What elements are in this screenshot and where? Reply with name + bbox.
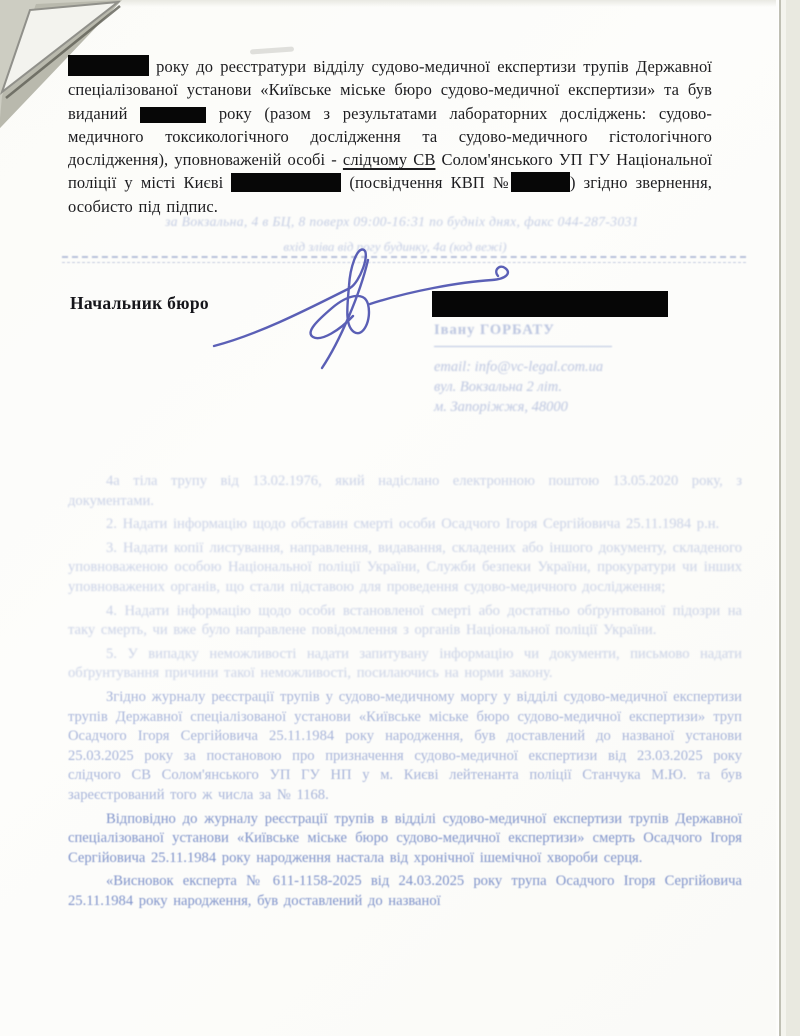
bleedthrough-paragraph: 3. Надати копії листування, направлення,…: [68, 539, 742, 598]
signatory-title-label: Начальник бюро: [70, 293, 209, 314]
pencil-smudge: [250, 46, 294, 54]
bleedthrough-body-text: 4а тіла трупу від 13.02.1976, який надіс…: [68, 472, 742, 915]
bleedthrough-paragraph: Згідно журналу реєстрації трупів у судов…: [68, 688, 742, 806]
bleedthrough-paragraph: 4. Надати інформацію щодо особи встановл…: [68, 602, 742, 641]
bleedthrough-paragraph: 4а тіла трупу від 13.02.1976, який надіс…: [68, 472, 742, 511]
bleedthrough-street: вул. Вокзальна 2 літ.: [434, 377, 684, 397]
bleedthrough-address-block: Івану ГОРБАТУ email: info@vc-legal.com.u…: [434, 320, 684, 417]
bleedthrough-paragraph: «Висновок експерта № 611-1158-2025 від 2…: [68, 872, 742, 911]
redaction-bar: [140, 107, 206, 123]
body-paragraph: року до реєстратури відділу судово-медич…: [68, 55, 712, 218]
bleedthrough-email: email: info@vc-legal.com.ua: [434, 357, 684, 377]
bleedthrough-recipient: Івану ГОРБАТУ: [434, 320, 684, 340]
scan-top-shade: [120, 0, 800, 7]
signature-redaction-bar: [432, 291, 668, 317]
bleedthrough-paragraph: 2. Надати інформацію щодо обставин смерт…: [68, 515, 742, 535]
paper-sheet: року до реєстратури відділу судово-медич…: [0, 0, 800, 1036]
bleedthrough-paragraph: Відповідно до журналу реєстрації трупів …: [68, 810, 742, 869]
page-right-edge: [776, 0, 800, 1036]
redaction-bar: [231, 173, 341, 192]
redaction-bar: [511, 172, 570, 192]
paragraph-text: слідчому СВ: [343, 150, 436, 169]
redaction-bar: [68, 55, 149, 76]
scanned-document-page: { "typed_document": { "paragraph_segment…: [0, 0, 800, 1036]
bleedthrough-divider: [434, 346, 612, 347]
bleedthrough-city: м. Запоріжжя, 48000: [434, 397, 684, 417]
bleedthrough-paragraph: 5. У випадку неможливості надати запитув…: [68, 645, 742, 684]
bleedthrough-header-line-1: за Вокзальна, 4 в БЦ, 8 поверх 09:00-16:…: [92, 214, 712, 230]
paragraph-text: (посвідчення КВП №: [341, 173, 511, 192]
